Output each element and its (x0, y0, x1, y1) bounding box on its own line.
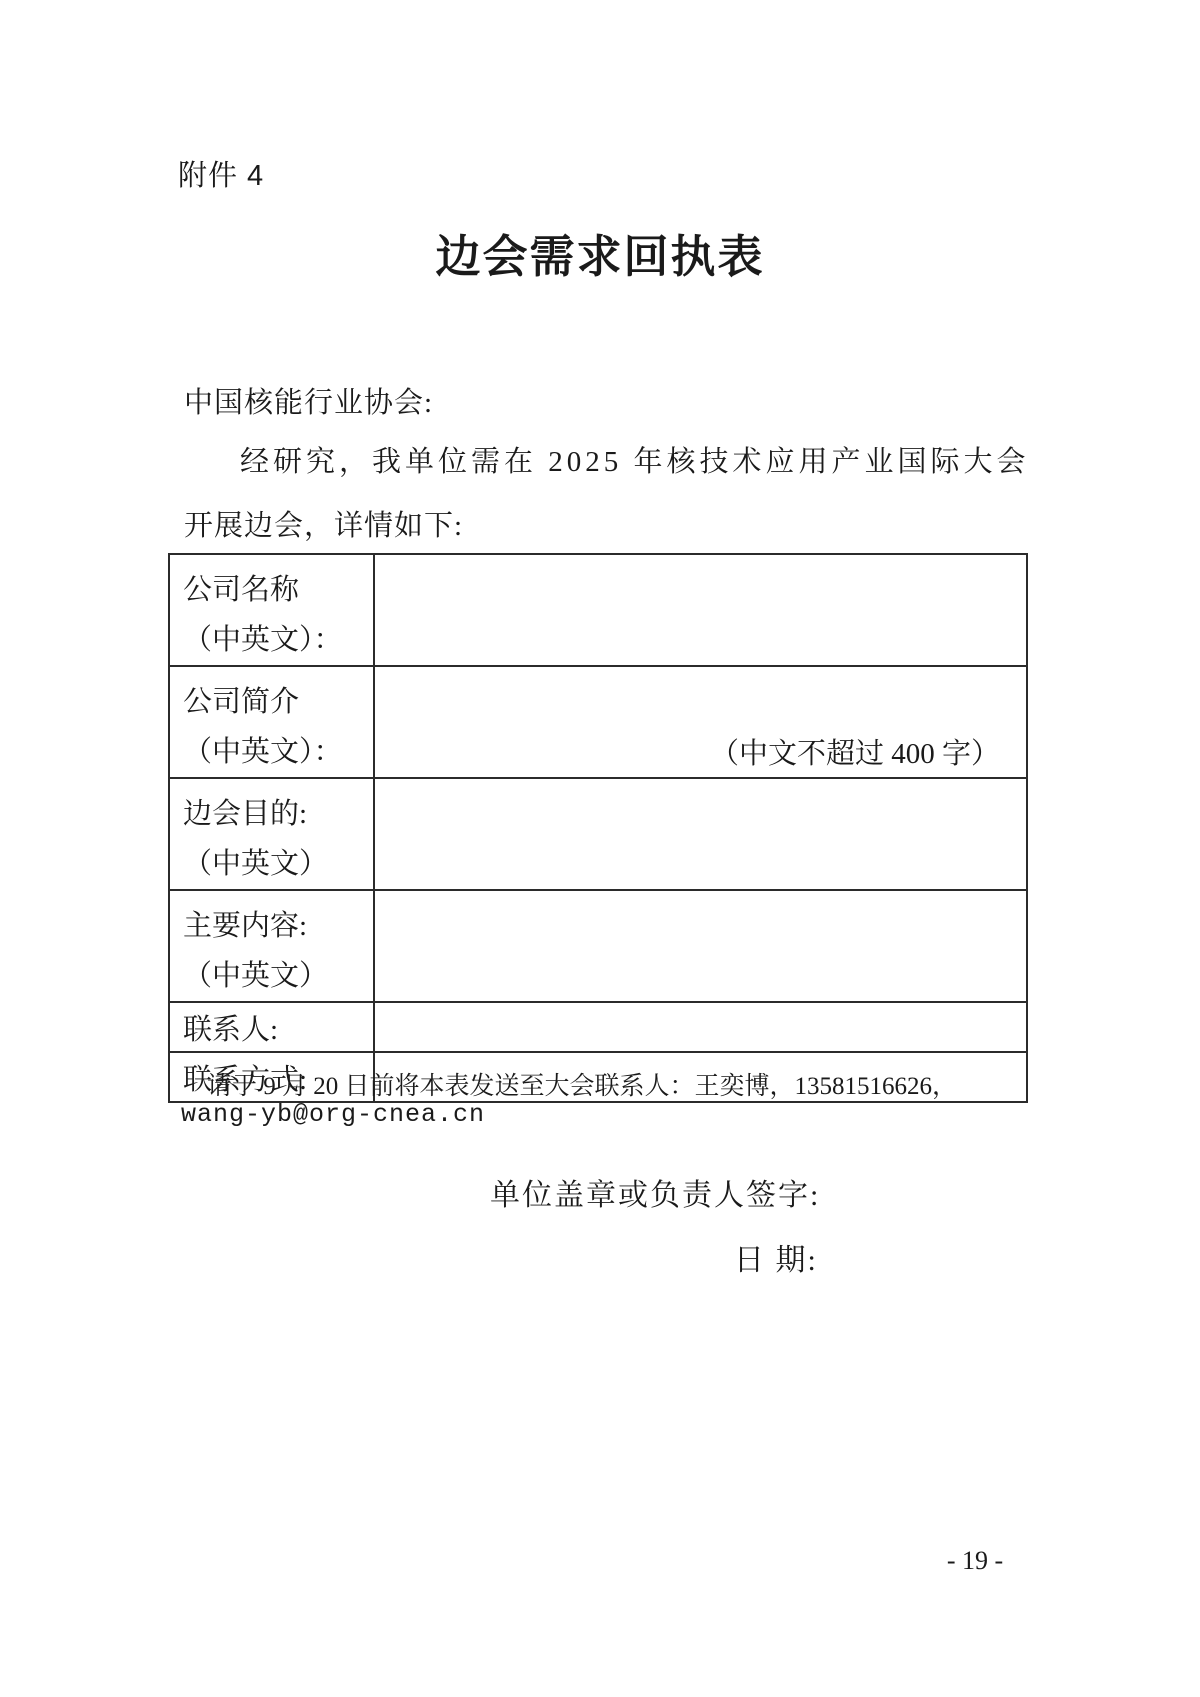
submission-note-email: wang-yb@org-cnea.cn (181, 1100, 485, 1129)
row-label-line: （中英文）： (183, 727, 373, 777)
row-value-company-profile: （中文不超过 400 字） (374, 666, 1027, 778)
row-label-main-content: 主要内容: （中英文） (169, 890, 374, 1002)
signature-label: 单位盖章或负责人签字: (490, 1170, 820, 1214)
table-row-side-meeting-purpose: 边会目的: （中英文） (169, 778, 1027, 890)
row-label-company-name: 公司名称 （中英文）： (169, 554, 374, 666)
date-label: 日 期: (734, 1235, 818, 1279)
row-label-line: （中英文） (183, 839, 373, 889)
row-value-main-content (374, 890, 1027, 1002)
table-row-contact-person: 联系人: (169, 1002, 1027, 1052)
row-label-company-profile: 公司简介 （中英文）： (169, 666, 374, 778)
row-value-company-name (374, 554, 1027, 666)
row-label-line: （中英文）： (183, 615, 373, 665)
page-number: - 19 - (928, 1546, 1022, 1576)
row-label-contact-person: 联系人: (169, 1002, 374, 1052)
page-title: 边会需求回执表 (0, 220, 1200, 285)
word-limit-note: （中文不超过 400 字） (710, 731, 1000, 772)
salutation: 中国核能行业协会: (184, 380, 433, 421)
row-label-line: 边会目的: (183, 789, 373, 839)
row-label-side-meeting-purpose: 边会目的: （中英文） (169, 778, 374, 890)
row-label-line: （中英文） (183, 951, 373, 1001)
row-label-line: 主要内容: (183, 901, 373, 951)
row-value-side-meeting-purpose (374, 778, 1027, 890)
row-value-contact-person (374, 1002, 1027, 1052)
row-label-line: 公司名称 (183, 565, 373, 615)
document-page: 附件 4 边会需求回执表 中国核能行业协会: 经研究，我单位需在 2025 年核… (0, 0, 1200, 1697)
reply-form-table: 公司名称 （中英文）： 公司简介 （中英文）： （中文不超过 400 字） 边会… (168, 553, 1028, 1103)
body-paragraph-line-1: 经研究，我单位需在 2025 年核技术应用产业国际大会 (240, 439, 1030, 480)
table-row-main-content: 主要内容: （中英文） (169, 890, 1027, 1002)
body-paragraph-line-2: 开展边会，详情如下: (184, 503, 463, 544)
table-row-company-profile: 公司简介 （中英文）： （中文不超过 400 字） (169, 666, 1027, 778)
row-label-line: 公司简介 (183, 677, 373, 727)
submission-note-line-1: 请于 9 月 20 日前将本表发送至大会联系人：王奕博，13581516626， (207, 1066, 957, 1102)
table-row-company-name: 公司名称 （中英文）： (169, 554, 1027, 666)
attachment-label: 附件 4 (178, 153, 264, 194)
